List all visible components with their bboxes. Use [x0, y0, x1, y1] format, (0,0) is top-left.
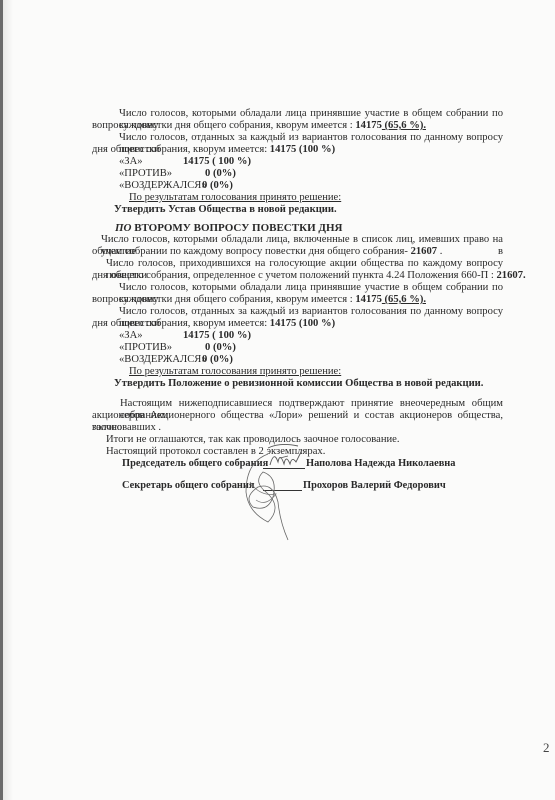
eligible-value: 21607	[411, 246, 437, 257]
variants-value: 14175 (100 %)	[270, 144, 335, 155]
secretary-role: Секретарь общего собрания	[122, 480, 255, 491]
vote-row-for: «ЗА» 14175 ( 100 %)	[92, 156, 392, 168]
chairman-name: Наполова Надежда Николаевна	[306, 458, 456, 469]
vote-row-against: «ПРОТИВ» 0 (0%)	[92, 168, 392, 180]
shares-value: 21607.	[497, 270, 526, 281]
variants-text-2-cont: дня общего собрания, кворум имеется: 141…	[92, 318, 335, 330]
vote-row-abstain: «ВОЗДЕРЖАЛСЯ» 0 (0%)	[92, 180, 392, 192]
scan-edge-shadow	[3, 0, 13, 800]
page-number: 2	[543, 740, 550, 756]
quorum-text-2-cont: вопросу повестки дня общего собрания, кв…	[92, 294, 426, 306]
shares-text-cont: дня общего собрания, определенное с учет…	[92, 270, 526, 282]
vote-row-abstain-2: «ВОЗДЕРЖАЛСЯ» 0 (0%)	[92, 354, 392, 366]
result-label: По результатам голосования принято решен…	[129, 192, 341, 204]
quorum-text-cont: вопросу повестки дня общего собрания, кв…	[92, 120, 426, 132]
quorum-value-2: 14175	[355, 294, 381, 305]
variants-value-2: 14175 (100 %)	[270, 318, 335, 329]
section-heading: ПО ВТОРОМУ ВОПРОСУ ПОВЕСТКИ ДНЯ	[115, 222, 342, 234]
confirm-text-end: голосовавших .	[92, 422, 161, 434]
quorum-percent-2: (65,6 %).	[382, 294, 426, 305]
vote-row-against-2: «ПРОТИВ» 0 (0%)	[92, 342, 392, 354]
eligible-text-cont: общем собрании по каждому вопросу повест…	[92, 246, 442, 258]
quorum-percent: (65,6 %).	[382, 120, 426, 131]
variants-text-cont: дня общего собрания, кворум имеется: 141…	[92, 144, 335, 156]
secretary-signature-icon	[238, 452, 298, 542]
result-label-2: По результатам голосования принято решен…	[129, 366, 341, 378]
decision-text-2: Утвердить Положение о ревизионной комисс…	[114, 378, 483, 390]
secretary-name: Прохоров Валерий Федорович	[303, 480, 446, 491]
quorum-value: 14175	[355, 120, 381, 131]
vote-row-for-2: «ЗА» 14175 ( 100 %)	[92, 330, 392, 342]
decision-text: Утвердить Устав Общества в новой редакци…	[114, 204, 337, 216]
